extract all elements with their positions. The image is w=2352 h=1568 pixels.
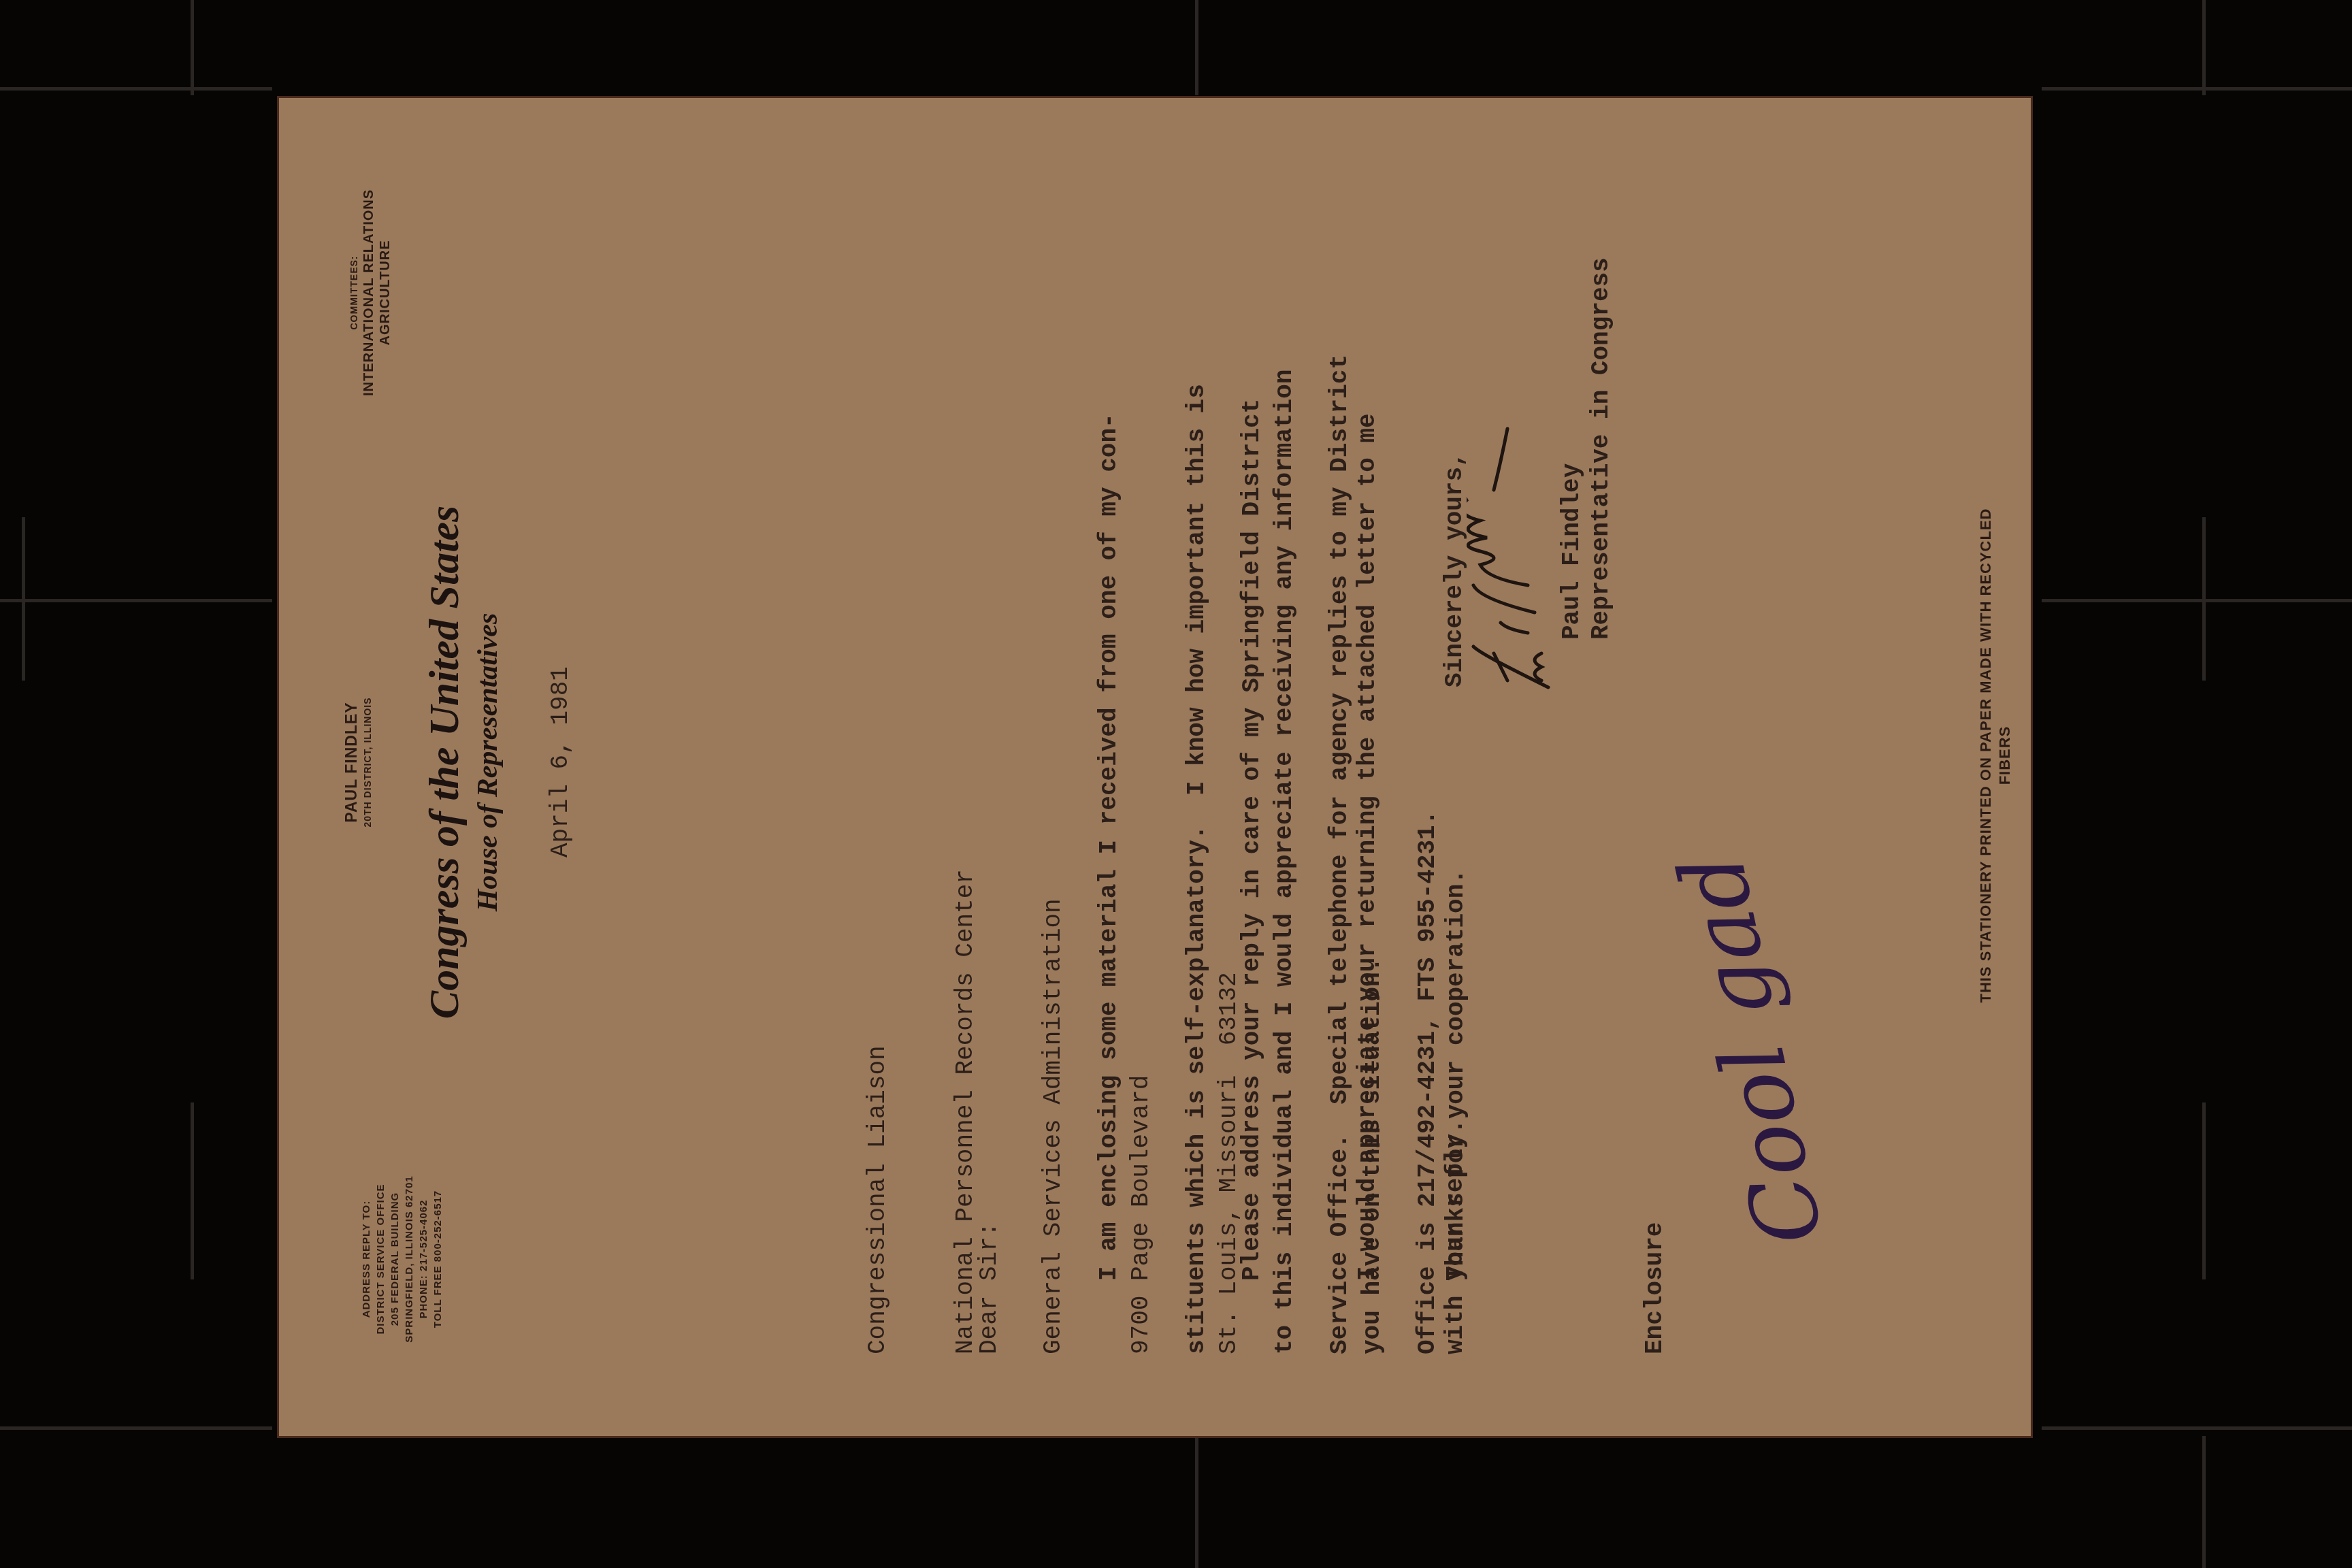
grid-line [2042,599,2352,602]
committee-item: Agriculture [377,170,393,415]
grid-line [191,0,194,95]
grid-line [2042,1426,2352,1430]
handwritten-signature [1467,408,1555,694]
paragraph-line: Thanks for your cooperation. [1441,869,1471,1354]
letter-date: April 6, 1981 [546,666,575,857]
reply-address-line: Springfield, Illinois 62701 [402,1164,416,1354]
reply-address-line: District Service Office [374,1164,388,1354]
title-congress: Congress of the United States [419,490,470,1034]
addressee-line: Congressional Liaison [863,869,892,1354]
grid-line [0,599,272,602]
grid-line [0,87,272,91]
committees-heading: Committees: [347,170,361,415]
member-name-block: Paul Findley 20th District, Illinois [342,681,374,844]
paragraph-line: I would appreciate your returning the at… [1353,413,1382,1354]
reply-address-line: Toll Free 800-252-6517 [431,1164,445,1354]
reply-address-line: Phone: 217-525-4062 [416,1164,431,1354]
signer-title: Representative in Congress [1586,257,1616,640]
committees-block: Committees: International Relations Agri… [347,170,393,415]
svg-text:Cool gadget: Cool gadget [1629,851,1843,1254]
grid-line [2202,0,2206,95]
salutation: Dear Sir: [975,1222,1004,1354]
grid-line [1195,0,1198,95]
letterhead-title: Congress of the United States House of R… [419,490,506,1034]
reply-address-line: 205 Federal Building [388,1164,402,1354]
stationery-footer: This stationery printed on paper made wi… [1976,483,2014,1028]
closing: Sincerely yours, [1440,452,1469,687]
grid-line [2202,1102,2206,1279]
paragraph-line: Please address your reply in care of my … [1237,355,1267,1354]
grid-line [0,1426,272,1430]
committee-item: International Relations [361,170,377,415]
grid-line [2202,1436,2206,1568]
grid-line [2042,87,2352,91]
member-name: Paul Findley [342,681,361,844]
signer-name: Paul Findley [1557,463,1586,640]
body-paragraph: Thanks for your cooperation. [1383,869,1529,1354]
grid-line [191,1102,194,1279]
letter-page: Address Reply To: District Service Offic… [279,98,2031,1436]
grid-line [1195,1436,1198,1568]
handwritten-annotation: Cool gadget [1627,851,1844,1259]
paragraph-line: I am enclosing some material I received … [1094,370,1124,1354]
member-district: 20th District, Illinois [361,681,374,844]
grid-line [2202,517,2206,681]
title-house: House of Representatives [470,490,506,1034]
grid-line [22,517,25,681]
reply-address-block: Address Reply To: District Service Offic… [359,1164,445,1354]
reply-address-line: Address Reply To: [359,1164,374,1354]
letter-paper: Address Reply To: District Service Offic… [279,98,2031,1436]
